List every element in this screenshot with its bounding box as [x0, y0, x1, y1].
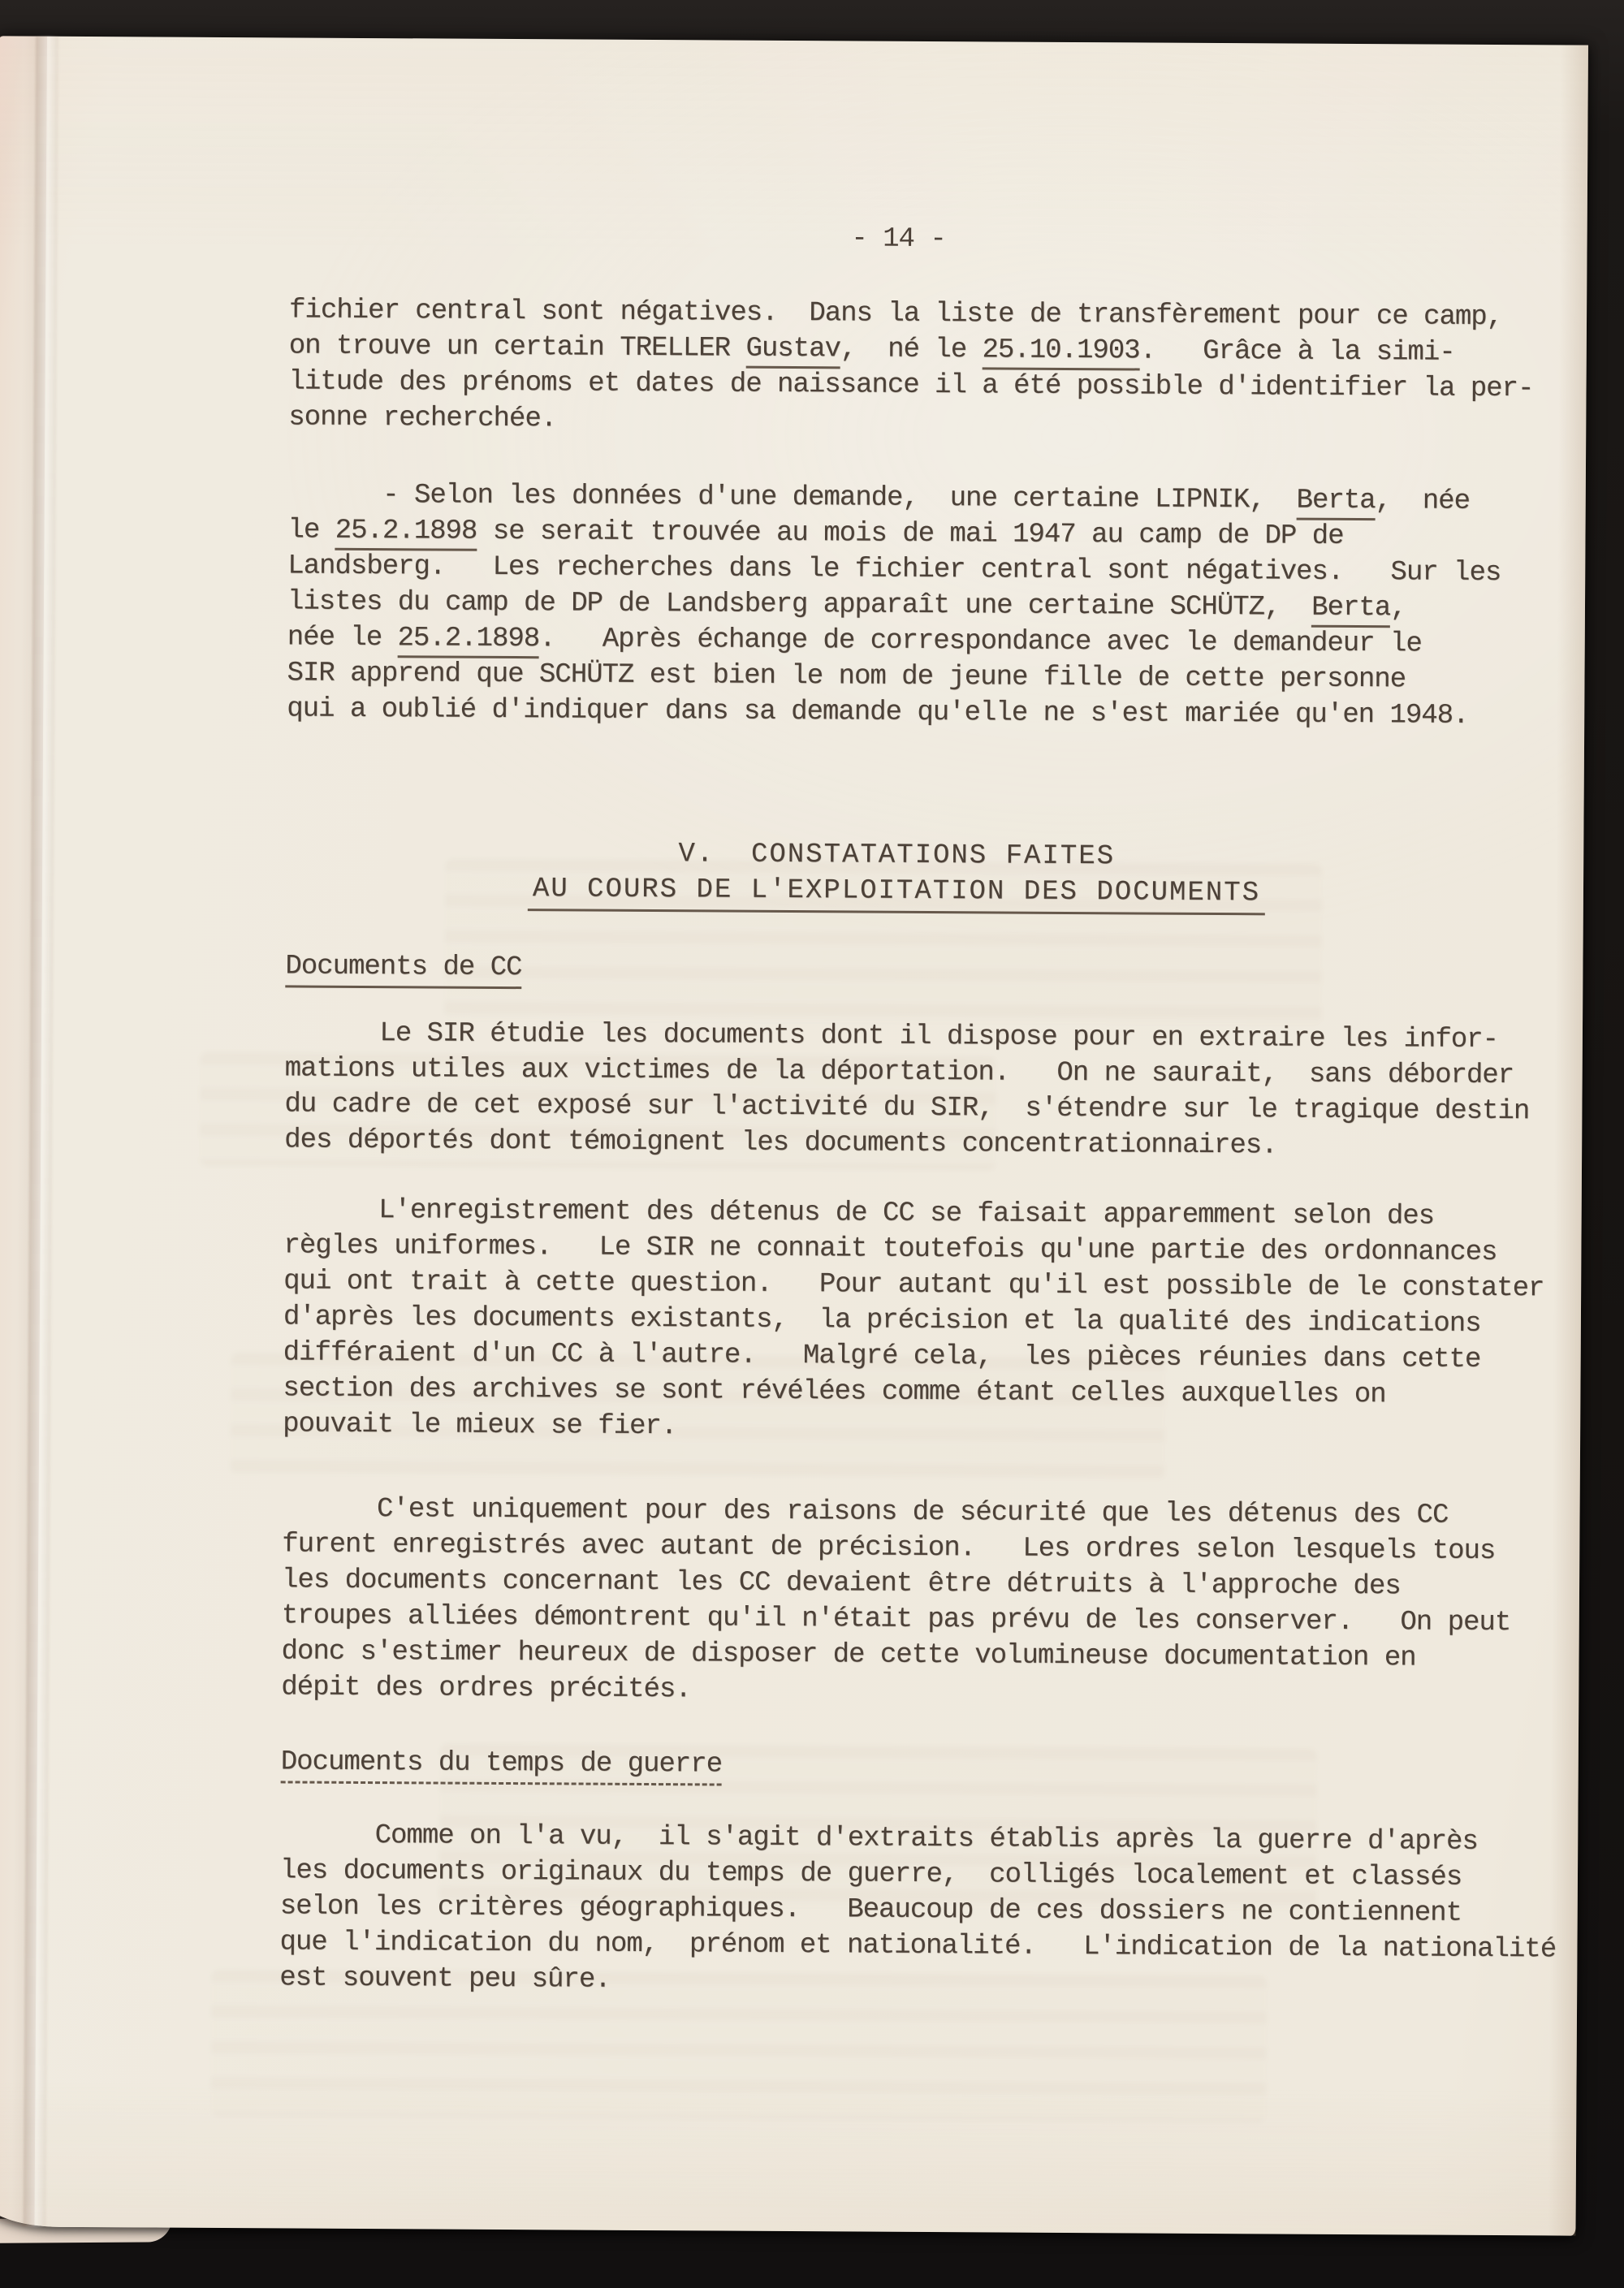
text-segment: donc s'estimer heureux de disposer de ce…: [281, 1636, 1415, 1673]
text-segment: Comme on l'a vu, il s'agit d'extraits ét…: [280, 1820, 1478, 1857]
text-segment: mations utiles aux victimes de la déport…: [285, 1053, 1514, 1091]
underlined-text: Berta: [1311, 593, 1390, 628]
text-segment: ,: [1390, 593, 1406, 624]
text-segment: troupes alliées démontrent qu'il n'était…: [282, 1600, 1511, 1638]
text-segment: qui a oublié d'indiquer dans sa demande …: [287, 693, 1468, 731]
text-segment: furent enregistrés avec autant de précis…: [282, 1529, 1495, 1567]
text-content: - 14 - fichier central sont négatives. D…: [278, 37, 1557, 2235]
text-segment: , née: [1375, 486, 1470, 517]
text-segment: section des archives se sont révélées co…: [283, 1373, 1385, 1410]
underlined-text: Documents de CC: [285, 951, 521, 989]
text-line: pouvait le mieux se fier.: [283, 1406, 1549, 1449]
page-gutter-shading: [0, 36, 47, 2226]
text-segment: on trouve un certain TRELLER: [289, 330, 746, 364]
text-segment: se serait trouvée au mois de mai 1947 au…: [477, 516, 1343, 552]
paragraph: Le SIR étudie les documents dont il disp…: [284, 1015, 1552, 1165]
page-fold-crease: [23, 37, 58, 2227]
text-segment: le: [287, 515, 335, 546]
text-segment: L'enregistrement des détenus de CC se fa…: [284, 1194, 1435, 1232]
text-line: Documents de CC: [285, 948, 1552, 991]
underlined-text: Gustav: [745, 334, 840, 369]
text-segment: que l'indication du nom, prénom et natio…: [279, 1927, 1556, 1965]
text-segment: des déportés dont témoignent les documen…: [284, 1125, 1277, 1161]
paragraph: L'enregistrement des détenus de CC se fa…: [283, 1192, 1551, 1449]
text-line: qui a oublié d'indiquer dans sa demande …: [287, 691, 1553, 734]
text-segment: dépit des ordres précités.: [281, 1672, 691, 1705]
paragraph: C'est uniquement pour des raisons de séc…: [281, 1491, 1548, 1712]
text-segment: sonne recherchée.: [288, 402, 556, 434]
section-heading: V. CONSTATATIONS FAITESAU COURS DE L'EXP…: [263, 834, 1530, 913]
text-segment: . Grâce à la simi-: [1140, 335, 1455, 368]
text-segment: différaient d'un CC à l'autre. Malgré ce…: [283, 1337, 1481, 1375]
text-segment: née le: [287, 622, 398, 654]
paragraph: Comme on l'a vu, il s'agit d'extraits ét…: [279, 1817, 1547, 2003]
text-line: sonne recherchée.: [288, 399, 1555, 442]
text-line: est souvent peu sûre.: [279, 1960, 1546, 2003]
underlined-text: 25.10.1903: [982, 335, 1139, 370]
subheading: Documents de CC: [285, 948, 1552, 991]
text-line: Documents du temps de guerre: [281, 1744, 1548, 1787]
text-segment: selon les critères géographiques. Beauco…: [280, 1891, 1462, 1928]
text-segment: - Selon les données d'une demande, une c…: [288, 479, 1297, 516]
text-line: dépit des ordres précités.: [281, 1669, 1548, 1712]
text-segment: SIR apprend que SCHÜTZ est bien le nom d…: [287, 658, 1406, 695]
text-line: des déportés dont témoignent les documen…: [284, 1122, 1551, 1165]
underlined-text: 25.2.1898: [397, 623, 539, 658]
paragraph: fichier central sont négatives. Dans la …: [288, 292, 1556, 442]
subheading: Documents du temps de guerre: [281, 1744, 1548, 1787]
text-segment: les documents originaux du temps de guer…: [280, 1855, 1462, 1893]
text-segment: règles uniformes. Le SIR ne connait tout…: [283, 1230, 1497, 1268]
text-segment: V. CONSTATATIONS FAITES: [678, 839, 1115, 872]
text-segment: C'est uniquement pour des raisons de séc…: [282, 1493, 1448, 1530]
text-segment: Landsberg. Les recherches dans le fichie…: [287, 550, 1501, 589]
text-segment: les documents concernant les CC devaient…: [282, 1565, 1401, 1602]
text-segment: pouvait le mieux se fier.: [283, 1409, 676, 1442]
text-segment: . Après échange de correspondance avec l…: [539, 624, 1422, 659]
page-number: - 14 -: [809, 221, 987, 257]
text-segment: listes du camp de DP de Landsberg appara…: [287, 586, 1311, 623]
text-segment: , né le: [840, 334, 983, 365]
underlined-text: AU COURS DE L'EXPLOITATION DES DOCUMENTS: [528, 874, 1265, 915]
text-segment: d'après les documents existants, la préc…: [283, 1302, 1481, 1339]
text-segment: litude des prénoms et dates de naissance…: [288, 366, 1533, 404]
text-segment: est souvent peu sûre.: [279, 1962, 611, 1995]
paragraph: - Selon les données d'une demande, une c…: [287, 477, 1555, 734]
text-segment: du cadre de cet exposé sur l'activité du…: [284, 1089, 1529, 1127]
text-segment: qui ont trait à cette question. Pour aut…: [283, 1266, 1544, 1304]
underlined-text: Documents du temps de guerre: [281, 1746, 723, 1785]
scanned-page: - 14 - fichier central sont négatives. D…: [0, 36, 1588, 2235]
underlined-text: 25.2.1898: [335, 516, 477, 551]
text-line: AU COURS DE L'EXPLOITATION DES DOCUMENTS: [263, 870, 1530, 913]
text-segment: fichier central sont négatives. Dans la …: [289, 295, 1502, 333]
underlined-text: Berta: [1296, 486, 1375, 521]
text-segment: Le SIR étudie les documents dont il disp…: [285, 1017, 1498, 1056]
